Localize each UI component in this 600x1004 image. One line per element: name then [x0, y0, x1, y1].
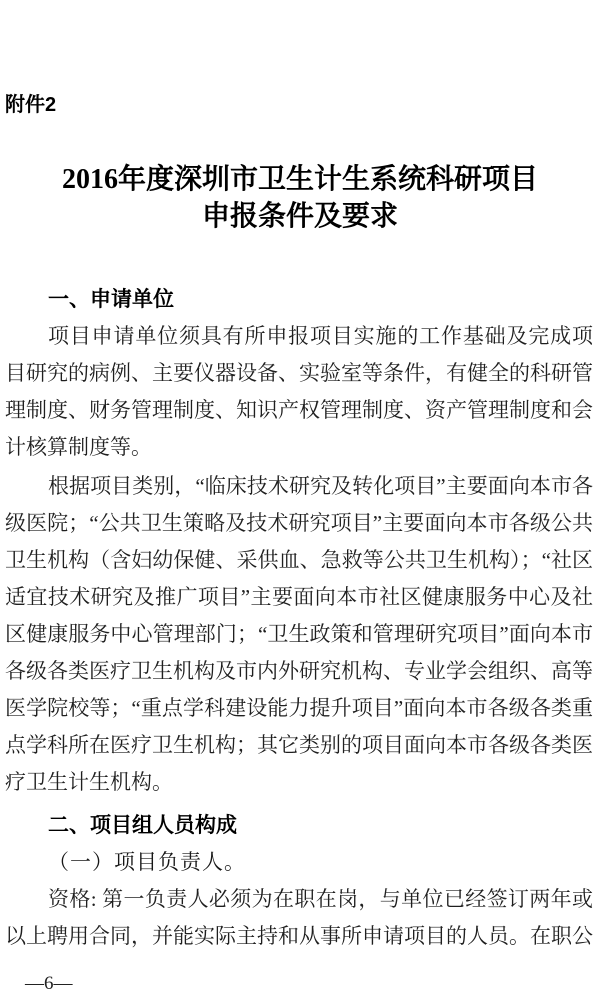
document-body: 一、申请单位 项目申请单位须具有所申报项目实施的工作基础及完成项目研究的病例、主…	[5, 281, 593, 955]
section-1-paragraph-2: 根据项目类别，“临床技术研究及转化项目”主要面向本市各级医院；“公共卫生策略及技…	[5, 468, 593, 801]
section-1-heading: 一、申请单位	[5, 281, 593, 318]
document-title-line-2: 申报条件及要求	[202, 201, 398, 232]
section-2-paragraph-1: 资格: 第一负责人必须为在职在岗，与单位已经签订两年或以上聘用合同，并能实际主持…	[5, 881, 593, 955]
section-2-subheading: （一）项目负责人。	[5, 844, 593, 881]
document-title: 2016年度深圳市卫生计生系统科研项目 申报条件及要求	[0, 161, 600, 235]
section-2-heading: 二、项目组人员构成	[5, 807, 593, 844]
document-page: 附件2 2016年度深圳市卫生计生系统科研项目 申报条件及要求 一、申请单位 项…	[0, 0, 600, 1004]
document-title-line-1: 2016年度深圳市卫生计生系统科研项目	[62, 164, 538, 195]
annex-label: 附件2	[5, 93, 56, 117]
section-1-paragraph-1: 项目申请单位须具有所申报项目实施的工作基础及完成项目研究的病例、主要仪器设备、实…	[5, 318, 593, 466]
page-number: —6—	[25, 973, 73, 995]
